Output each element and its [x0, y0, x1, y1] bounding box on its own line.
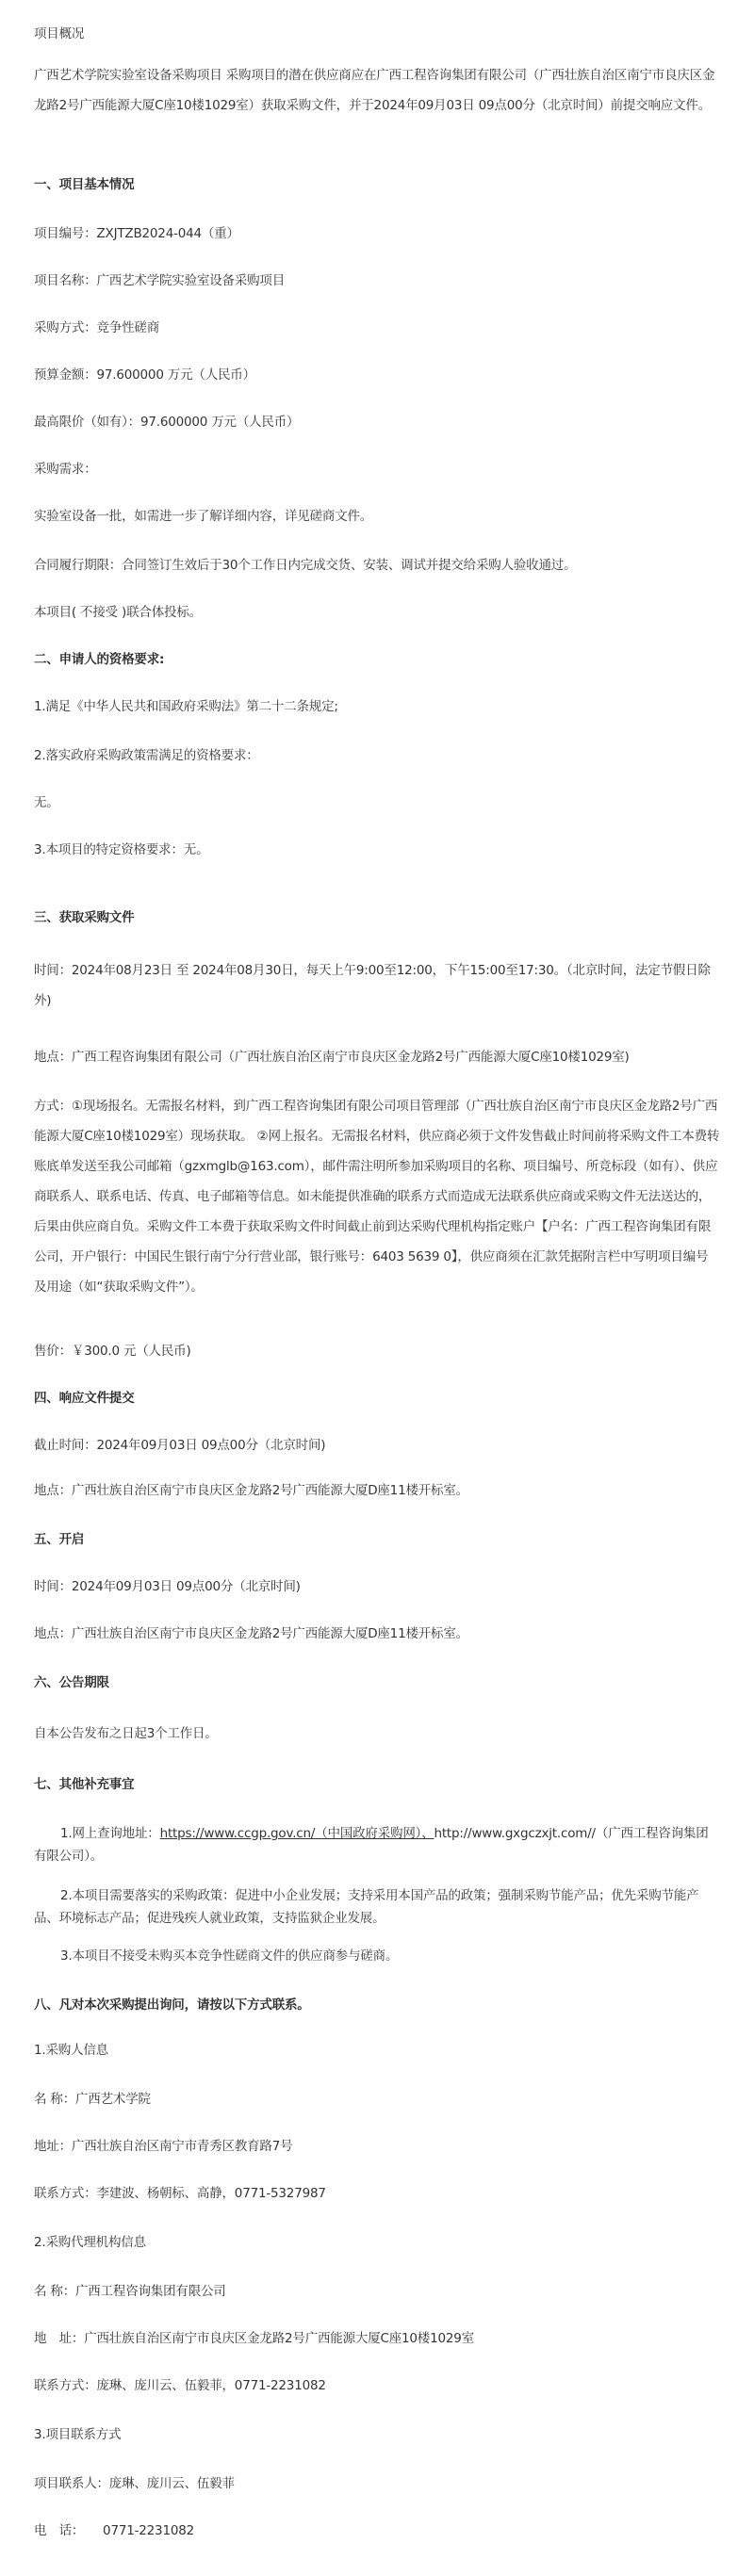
- requirement-1: 1.满足《中华人民共和国政府采购法》第二十二条规定;: [34, 692, 720, 722]
- submission-location: 地点：广西壮族自治区南宁市良庆区金龙路2号广西能源大厦D座11楼开标室。: [34, 1475, 720, 1506]
- project-name: 项目名称：广西艺术学院实验室设备采购项目: [34, 266, 720, 296]
- budget-amount: 预算金额：97.600000 万元（人民币）: [34, 360, 720, 390]
- supplement-item-2: 2.本项目需要落实的采购政策：促进中小企业发展；支持采用本国产品的政策；强制采购…: [34, 1884, 720, 1930]
- agency-contact: 联系方式：庞琳、庞川云、伍毅菲，0771-2231082: [34, 2371, 720, 2401]
- max-price: 最高限价（如有）：97.600000 万元（人民币）: [34, 407, 720, 437]
- section8-heading: 八、凡对本次采购提出询问，请按以下方式联系。: [34, 1990, 720, 2020]
- overview-title: 项目概况: [34, 19, 720, 49]
- agency-info-title: 2.采购代理机构信息: [34, 2227, 720, 2258]
- project-contact-persons: 项目联系人：庞琳、庞川云、伍毅菲: [34, 2469, 720, 2499]
- supplement-item-1: 1.网上查询地址：https://www.ccgp.gov.cn/（中国政府采购…: [34, 1822, 720, 1867]
- procurement-method: 采购方式：竞争性磋商: [34, 313, 720, 343]
- intro-paragraph: 广西艺术学院实验室设备采购项目 采购项目的潜在供应商应在广西工程咨询集团有限公司…: [34, 60, 720, 121]
- project-contact-title: 3.项目联系方式: [34, 2420, 720, 2450]
- demand-label: 采购需求：: [34, 454, 720, 484]
- section1-heading: 一、项目基本情况: [34, 170, 720, 200]
- announcement-period: 自本公告发布之日起3个工作日。: [34, 1719, 720, 1749]
- purchaser-address: 地址：广西壮族自治区南宁市青秀区教育路7号: [34, 2131, 720, 2161]
- document-price: 售价：￥300.0 元（人民币): [34, 1336, 720, 1366]
- agency-name: 名 称：广西工程咨询集团有限公司: [34, 2276, 720, 2307]
- acquire-location: 地点：广西工程咨询集团有限公司（广西壮族自治区南宁市良庆区金龙路2号广西能源大厦…: [34, 1042, 720, 1072]
- contract-period: 合同履行期限：合同签订生效后于30个工作日内完成交货、安装、调试并提交给采购人验…: [34, 550, 720, 580]
- purchaser-name: 名 称：广西艺术学院: [34, 2084, 720, 2114]
- demand-content: 实验室设备一批，如需进一步了解详细内容，详见磋商文件。: [34, 501, 720, 531]
- submission-deadline: 截止时间：2024年09月03日 09点00分（北京时间): [34, 1430, 720, 1460]
- project-contact-phone: 电 话： 0771-2231082: [34, 2516, 720, 2546]
- acquire-method: 方式：①现场报名。无需报名材料，到广西工程咨询集团有限公司项目管理部（广西壮族自…: [34, 1091, 720, 1302]
- purchaser-info-title: 1.采购人信息: [34, 2035, 720, 2065]
- query-address-label: 1.网上查询地址：: [60, 1826, 160, 1841]
- section4-heading: 四、响应文件提交: [34, 1383, 720, 1413]
- acquire-time: 时间：2024年08月23日 至 2024年08月30日，每天上午9:00至12…: [34, 955, 720, 1016]
- consortium-policy: 本项目( 不接受 )联合体投标。: [34, 597, 720, 628]
- agency-address: 地 址：广西壮族自治区南宁市良庆区金龙路2号广西能源大厦C座10楼1029室: [34, 2323, 720, 2354]
- section6-heading: 六、公告期限: [34, 1668, 720, 1698]
- project-number: 项目编号：ZXJTZB2024-044（重）: [34, 219, 720, 249]
- announcement-document: 项目概况 广西艺术学院实验室设备采购项目 采购项目的潜在供应商应在广西工程咨询集…: [0, 0, 754, 2576]
- section5-heading: 五、开启: [34, 1524, 720, 1555]
- section3-heading: 三、获取采购文件: [34, 903, 720, 933]
- requirement-2: 2.落实政府采购政策需满足的资格要求：: [34, 741, 720, 771]
- opening-location: 地点：广西壮族自治区南宁市良庆区金龙路2号广西能源大厦D座11楼开标室。: [34, 1619, 720, 1649]
- purchaser-contact: 联系方式：李建波、杨朝标、高静，0771-5327987: [34, 2178, 720, 2209]
- supplement-item-3: 3.本项目不接受未购买本竞争性磋商文件的供应商参与磋商。: [34, 1945, 720, 1967]
- requirement-3: 3.本项目的特定资格要求：无。: [34, 835, 720, 865]
- opening-time: 时间：2024年09月03日 09点00分（北京时间): [34, 1572, 720, 1602]
- section7-heading: 七、其他补充事宜: [34, 1769, 720, 1800]
- ccgp-link[interactable]: https://www.ccgp.gov.cn/（中国政府采购网）、: [160, 1826, 434, 1841]
- requirement-2-value: 无。: [34, 788, 720, 818]
- section2-heading: 二、申请人的资格要求:: [34, 644, 720, 675]
